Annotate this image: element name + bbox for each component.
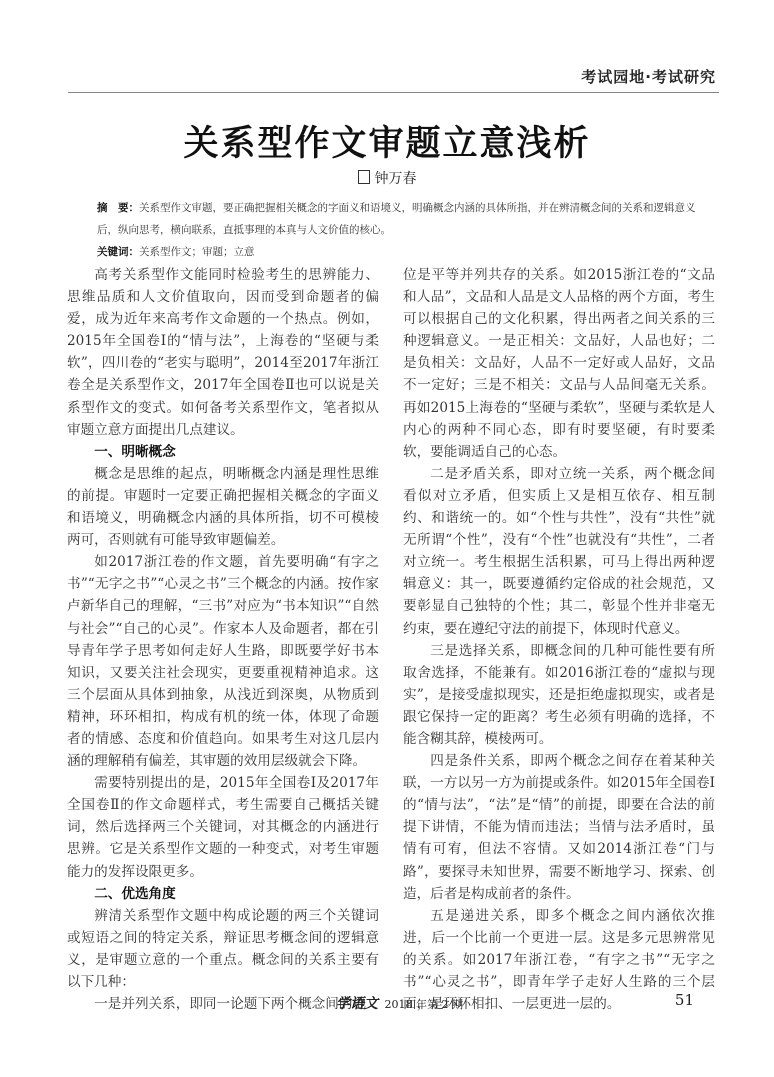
author-box-icon	[358, 170, 370, 184]
paragraph: 概念是思维的起点，明晰概念内涵是理性思维的前提。审题时一定要正确把握相关概念的字…	[67, 463, 379, 551]
left-column: 高考关系型作文能同时检验考生的思辨能力、思维品质和人文价值取向，因而受到命题者的…	[67, 264, 379, 1015]
abstract: 摘 要：关系型作文审题，要正确把握相关概念的字面义和语境义，明确概念内涵的具体所…	[97, 197, 697, 241]
section-heading: 二、优选角度	[67, 883, 379, 905]
author-name: 钟万春	[375, 171, 417, 187]
section-heading: 一、明晰概念	[67, 441, 379, 463]
article-title: 关系型作文审题立意浅析	[0, 116, 774, 166]
paragraph: 如2017浙江卷的作文题，首先要明确“有字之书”“无字之书”“心灵之书”三个概念…	[67, 551, 379, 772]
right-column: 位是平等并列共存的关系。如2015浙江卷的“文品和人品”，文品和人品是文人品格的…	[403, 264, 715, 1015]
page-number: 51	[675, 991, 694, 1009]
paragraph: 需要特别提出的是，2015年全国卷Ⅰ及2017年全国卷Ⅱ的作文命题样式，考生需要…	[67, 772, 379, 882]
paragraph: 高考关系型作文能同时检验考生的思辨能力、思维品质和人文价值取向，因而受到命题者的…	[67, 264, 379, 441]
keywords: 关键词：关系型作文；审题；立意	[97, 241, 697, 263]
abstract-label: 摘 要：	[97, 202, 139, 214]
issue: 2018 年第 2 期	[385, 998, 463, 1011]
journal-name: 学语文	[336, 996, 378, 1012]
running-head: 考试园地·考试研究	[581, 66, 716, 87]
paragraph: 一是并列关系，即同一论题下两个概念间的地	[67, 993, 379, 1015]
keywords-label: 关键词：	[97, 246, 139, 258]
header-rule	[68, 92, 719, 93]
abstract-text: 关系型作文审题，要正确把握相关概念的字面义和语境义，明确概念内涵的具体所指，并在…	[97, 202, 696, 236]
paragraph: 四是条件关系，即两个概念之间存在着某种关联，一方以另一方为前提或条件。如2015…	[403, 750, 715, 905]
author-line: 钟万春	[0, 168, 774, 188]
keywords-text: 关系型作文；审题；立意	[139, 246, 255, 258]
paragraph: 三是选择关系，即概念间的几种可能性要有所取舍选择，不能兼有。如2016浙江卷的“…	[403, 640, 715, 750]
paragraph-continued: 位是平等并列共存的关系。如2015浙江卷的“文品和人品”，文品和人品是文人品格的…	[403, 264, 715, 463]
paragraph: 二是矛盾关系，即对立统一关系，两个概念间看似对立矛盾，但实质上又是相互依存、相互…	[403, 463, 715, 640]
paragraph: 辨清关系型作文题中构成论题的两三个关键词或短语之间的特定关系，辩证思考概念间的逻…	[67, 905, 379, 993]
abstract-block: 摘 要：关系型作文审题，要正确把握相关概念的字面义和语境义，明确概念内涵的具体所…	[97, 197, 697, 263]
footer: 学语文 2018 年第 2 期	[336, 993, 463, 1013]
